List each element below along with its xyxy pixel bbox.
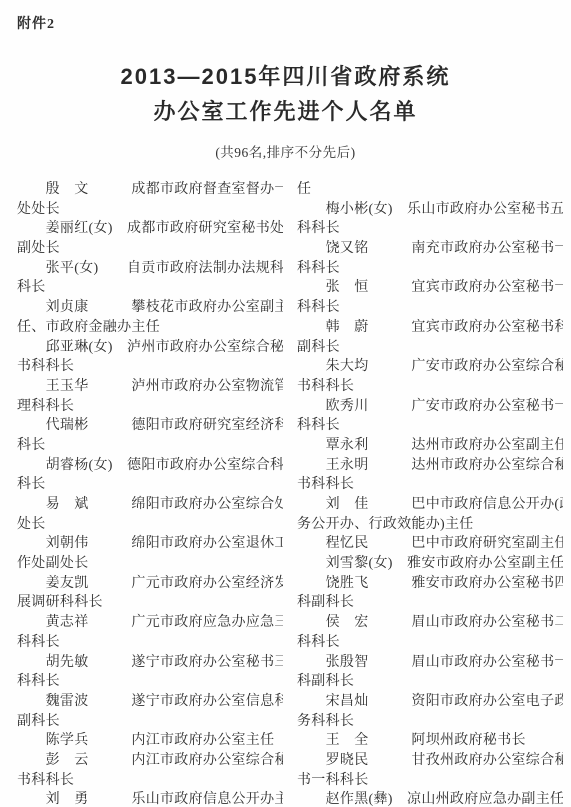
roster-text-line: 副处长 [17,239,283,259]
roster-text-line: 梅小彬(女) 乐山市政府办公室秘书五 [297,200,563,220]
roster-text-line: 姜丽红(女) 成都市政府研究室秘书处 [17,219,283,239]
roster-column-left: 殷 文 成都市政府督查室督办一处处长 姜丽红(女) 成都市政府研究室秘书处副处长… [17,180,283,807]
document-page: { "page": { "background_color": "#fefefe… [0,0,571,807]
roster-text-line: 王永明 达州市政府办公室综合秘 [297,456,563,476]
page-title: 2013—2015年四川省政府系统 办公室工作先进个人名单 [0,59,571,129]
roster-text-line: 易 斌 绵阳市政府办公室综合处 [17,495,283,515]
roster-text-line: 书科科长 [17,771,283,791]
roster-text-line: 科科长 [297,416,563,436]
roster-text-line: 科科长 [17,633,283,653]
roster-text-line: 刘 勇 乐山市政府信息公开办主 [17,790,283,807]
roster-text-line: 程忆民 巴中市政府研究室副主任 [297,534,563,554]
roster-text-line: 代瑞彬 德阳市政府研究室经济科 [17,416,283,436]
roster-text-line: 科长 [17,436,283,456]
roster-text-line: 科副科长 [297,593,563,613]
roster-text-line: 覃永利 达州市政府办公室副主任 [297,436,563,456]
roster-text-line: 科科长 [297,259,563,279]
roster-text-line: 殷 文 成都市政府督查室督办一 [17,180,283,200]
page-title-line2: 办公室工作先进个人名单 [0,94,571,129]
roster-text-line: 张 恒 宜宾市政府办公室秘书一 [297,278,563,298]
roster-text-line: 胡先敏 遂宁市政府办公室秘书三 [17,653,283,673]
roster-text-line: 王 全 阿坝州政府秘书长 [297,731,563,751]
roster-text-line: 朱大均 广安市政府办公室综合秘 [297,357,563,377]
roster-text-line: 宋昌灿 资阳市政府办公室电子政 [297,692,563,712]
roster-text-line: 饶又铭 南充市政府办公室秘书一 [297,239,563,259]
roster-text-line: 处长 [17,515,283,535]
roster-text-line: 胡睿杨(女) 德阳市政府办公室综合科 [17,456,283,476]
roster-text-line: 科副科长 [297,672,563,692]
roster-text-line: 刘 佳 巴中市政府信息公开办(政 [297,495,563,515]
roster-text-line: 展调研科科长 [17,593,283,613]
roster-text-line: 理科科长 [17,397,283,417]
roster-text-line: 务科科长 [297,712,563,732]
roster-text-line: 书科科长 [297,377,563,397]
roster-text-line: 副科长 [17,712,283,732]
roster-text-line: 任、市政府金融办主任 [17,318,283,338]
roster-text-line: 科长 [17,278,283,298]
roster-text-line: 魏雷波 遂宁市政府办公室信息科 [17,692,283,712]
roster-text-line: 罗晓民 甘孜州政府办公室综合秘 [297,751,563,771]
roster-text-line: 彭 云 内江市政府办公室综合秘 [17,751,283,771]
roster-text-line: 刘贞康 攀枝花市政府办公室副主 [17,298,283,318]
page-title-line1: 2013—2015年四川省政府系统 [0,59,571,94]
attachment-label: 附件2 [17,13,571,33]
roster-text-line: 书科科长 [17,357,283,377]
roster-text-line: 书一科科长 [297,771,563,791]
roster-text-line: 姜友凯 广元市政府办公室经济发 [17,574,283,594]
roster-text-line: 书科科长 [297,475,563,495]
roster-text-line: 侯 宏 眉山市政府办公室秘书二 [297,613,563,633]
roster-text-line: 王玉华 泸州市政府办公室物流管 [17,377,283,397]
roster-text-line: 刘朝伟 绵阳市政府办公室退休工 [17,534,283,554]
roster-text-line: 科科长 [297,219,563,239]
page-subtitle: (共96名,排序不分先后) [0,141,571,161]
roster-text-line: 韩 蔚 宜宾市政府办公室秘书科 [297,318,563,338]
roster-text-line: 赵作黑(彝) 凉山州政府应急办副主任 [297,790,563,807]
roster-text-line: 饶胜飞 雅安市政府办公室秘书四 [297,574,563,594]
roster-text-line: 务公开办、行政效能办)主任 [297,515,563,535]
roster-text-line: 黄志祥 广元市政府应急办应急三 [17,613,283,633]
roster-text-line: 处处长 [17,200,283,220]
roster-text-line: 副科长 [297,338,563,358]
roster-columns: 殷 文 成都市政府督查室督办一处处长 姜丽红(女) 成都市政府研究室秘书处副处长… [17,180,571,807]
roster-text-line: 科科长 [297,298,563,318]
roster-text-line: 陈学兵 内江市政府办公室主任 [17,731,283,751]
roster-text-line: 张殷智 眉山市政府办公室秘书一 [297,653,563,673]
roster-text-line: 欧秀川 广安市政府办公室秘书一 [297,397,563,417]
roster-text-line: 科长 [17,475,283,495]
roster-text-line: 张平(女) 自贡市政府法制办法规科 [17,259,283,279]
roster-column-right: 任 梅小彬(女) 乐山市政府办公室秘书五科科长 饶又铭 南充市政府办公室秘书一科… [297,180,563,807]
roster-text-line: 刘雪黎(女) 雅安市政府办公室副主任 [297,554,563,574]
roster-text-line: 作处副处长 [17,554,283,574]
roster-text-line: 科科长 [297,633,563,653]
roster-text-line: 科科长 [17,672,283,692]
roster-text-line: 任 [297,180,563,200]
roster-text-line: 邱亚琳(女) 泸州市政府办公室综合秘 [17,338,283,358]
